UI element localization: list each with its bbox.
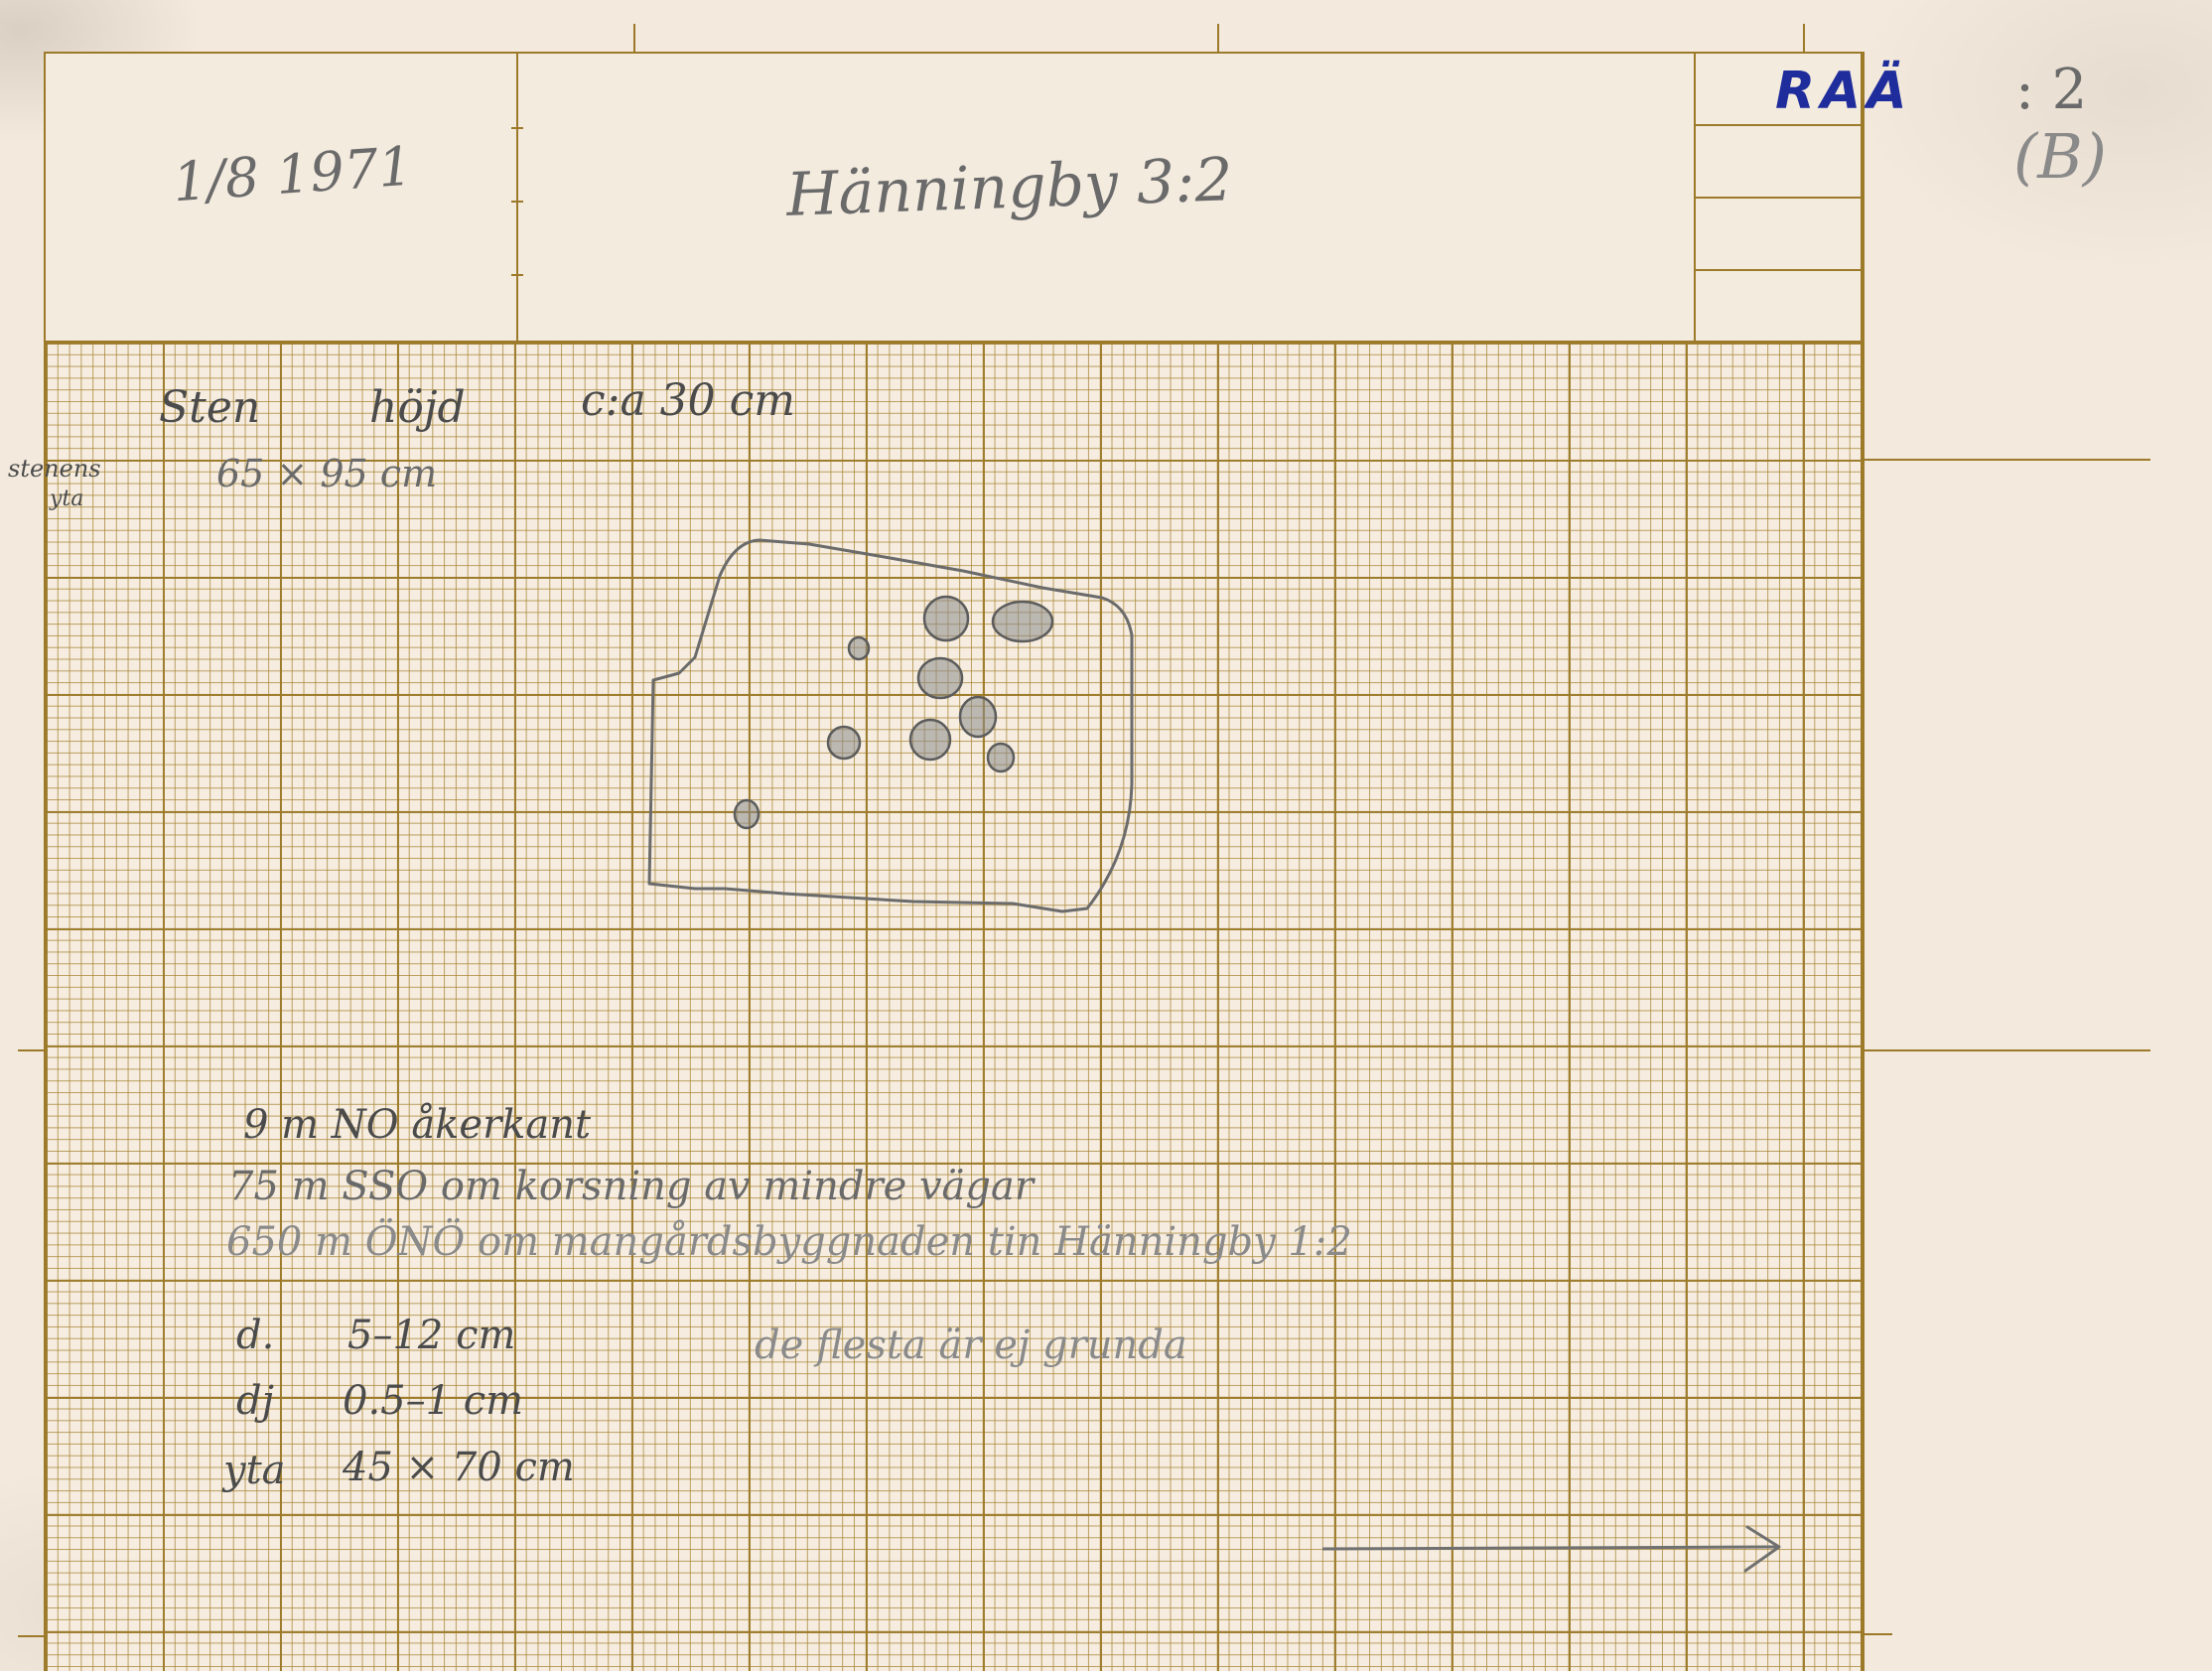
diameter-value: 5–12 cm <box>347 1313 515 1358</box>
depth-label: dj <box>236 1378 274 1424</box>
depth-value: 0.5–1 cm <box>343 1378 523 1424</box>
note-stone-label: Sten <box>159 382 260 433</box>
header-tick <box>1803 24 1805 54</box>
cup-mark <box>988 744 1014 771</box>
margin-mark <box>18 1635 48 1637</box>
note-surface-value: 65 × 95 cm <box>216 452 437 495</box>
registry-prefix: RAÄ <box>1775 62 1913 121</box>
measurement-remark: de flesta är ej grunda <box>755 1323 1187 1368</box>
margin-label-stenens: stenens <box>8 455 101 483</box>
date-cell: 1/8 1971 <box>46 54 518 341</box>
margin-mark <box>18 1049 48 1051</box>
registry-row <box>1696 199 1865 271</box>
tick-mark <box>511 201 523 203</box>
location-note-3: 650 m ÖNÖ om mangårdsbyggnaden tin Hänni… <box>226 1219 1352 1265</box>
registry-cell: RAÄ : 2 (B) <box>1696 54 1865 341</box>
tick-mark <box>511 274 523 276</box>
area-label: yta <box>223 1448 286 1493</box>
margin-mark <box>1863 459 2150 461</box>
margin-mark <box>1863 1049 2150 1051</box>
cup-mark <box>918 658 962 698</box>
registry-number: : 2 <box>2015 58 2087 122</box>
diameter-label: d. <box>236 1313 274 1358</box>
note-height-field: höjd <box>369 382 466 433</box>
cup-mark <box>735 800 759 828</box>
registry-row: RAÄ : 2 <box>1696 54 1865 126</box>
area-value: 45 × 70 cm <box>343 1445 575 1490</box>
stone-sketch <box>635 526 1330 923</box>
location-note-2: 75 m SSO om korsning av mindre vägar <box>228 1164 1034 1209</box>
header-tick <box>1217 24 1219 54</box>
note-height-value: c:a 30 cm <box>581 375 795 426</box>
cup-mark <box>960 697 996 737</box>
site-name-text: Hänningby 3:2 <box>785 145 1234 230</box>
location-note-1: 9 m NO åkerkant <box>243 1102 591 1148</box>
cup-mark <box>910 720 950 760</box>
header-box: 1/8 1971 Hänningby 3:2 RAÄ : 2 (B) <box>44 52 1863 343</box>
date-text: 1/8 1971 <box>171 135 414 214</box>
arrow-icon <box>1311 1519 1787 1579</box>
registry-row: (B) <box>1696 126 1865 199</box>
header-tick <box>633 24 635 54</box>
cup-mark <box>993 602 1052 641</box>
cup-mark <box>924 597 968 640</box>
cup-mark <box>849 637 869 659</box>
stone-outline <box>649 540 1132 911</box>
site-title-cell: Hänningby 3:2 <box>518 54 1696 341</box>
tick-mark <box>511 127 523 129</box>
registry-class: (B) <box>2013 120 2107 193</box>
cup-mark <box>828 727 860 759</box>
right-border <box>1863 52 1865 1671</box>
cup-marks <box>735 597 1052 828</box>
margin-label-yta: yta <box>50 487 83 511</box>
margin-mark <box>1863 1633 1892 1635</box>
